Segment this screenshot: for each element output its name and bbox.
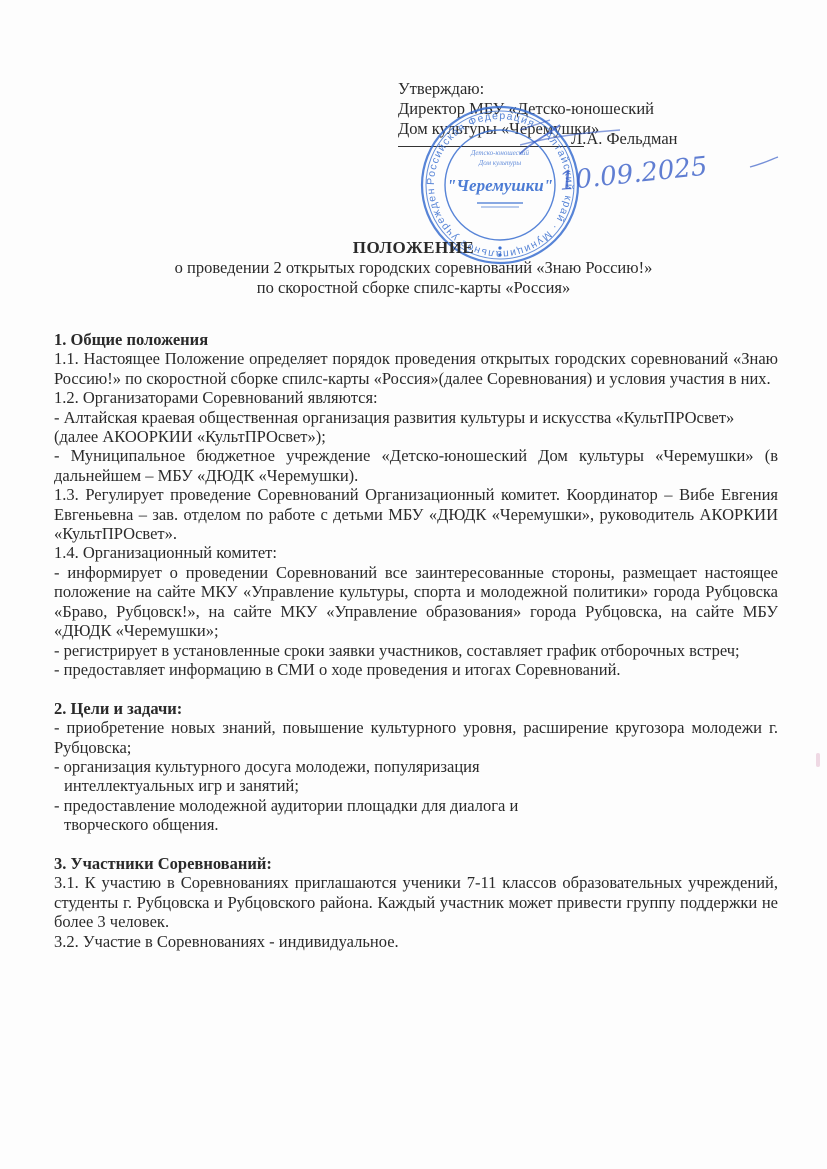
section-heading-general: 1. Общие положения <box>54 330 778 349</box>
document-subtitle-line1: о проведении 2 открытых городских соревн… <box>0 258 827 278</box>
section-heading-goals: 2. Цели и задачи: <box>54 699 778 718</box>
paragraph-committee-register: - регистрирует в установленные сроки зая… <box>54 641 778 660</box>
document-body: 1. Общие положения 1.1. Настоящее Положе… <box>54 330 778 951</box>
document-title: ПОЛОЖЕНИЕ <box>0 238 827 258</box>
goal-item-2: - организация культурного досуга молодеж… <box>54 757 778 776</box>
paragraph-committee-inform: - информирует о проведении Соревнований … <box>54 563 778 641</box>
approval-label: Утверждаю: <box>398 79 718 99</box>
paragraph-1-4: 1.4. Организационный комитет: <box>54 543 778 562</box>
paragraph-3-2: 3.2. Участие в Соревнованиях - индивидуа… <box>54 932 778 951</box>
paragraph-organizer-2: - Муниципальное бюджетное учреждение «Де… <box>54 446 778 485</box>
paragraph-1-1: 1.1. Настоящее Положение определяет поря… <box>54 349 778 388</box>
paragraph-3-1: 3.1. К участию в Соревнованиях приглашаю… <box>54 873 778 931</box>
spacer <box>54 835 778 854</box>
scan-artifact-mark <box>816 753 820 767</box>
goal-item-2-cont: интеллектуальных игр и занятий; <box>54 776 778 795</box>
goal-item-3: - предоставление молодежной аудитории пл… <box>54 796 778 815</box>
goal-item-1: - приобретение новых знаний, повышение к… <box>54 718 778 757</box>
paragraph-organizer-1: - Алтайская краевая общественная организ… <box>54 408 778 447</box>
document-subtitle-line2: по скоростной сборке спилс-карты «Россия… <box>0 278 827 298</box>
paragraph-1-3: 1.3. Регулирует проведение Соревнований … <box>54 485 778 543</box>
svg-text:10.09.2025: 10.09.2025 <box>558 152 709 197</box>
section-heading-participants: 3. Участники Соревнований: <box>54 854 778 873</box>
spacer <box>54 679 778 698</box>
handwritten-signature-icon: 10.09.2025 <box>520 115 780 205</box>
paragraph-1-2: 1.2. Организаторами Соревнований являютс… <box>54 388 778 407</box>
svg-text:Дом культуры: Дом культуры <box>478 159 522 167</box>
paragraph-committee-media: - предоставляет информацию в СМИ о ходе … <box>54 660 778 679</box>
goal-item-3-cont: творческого общения. <box>54 815 778 834</box>
document-title-block: ПОЛОЖЕНИЕ о проведении 2 открытых городс… <box>0 238 827 298</box>
